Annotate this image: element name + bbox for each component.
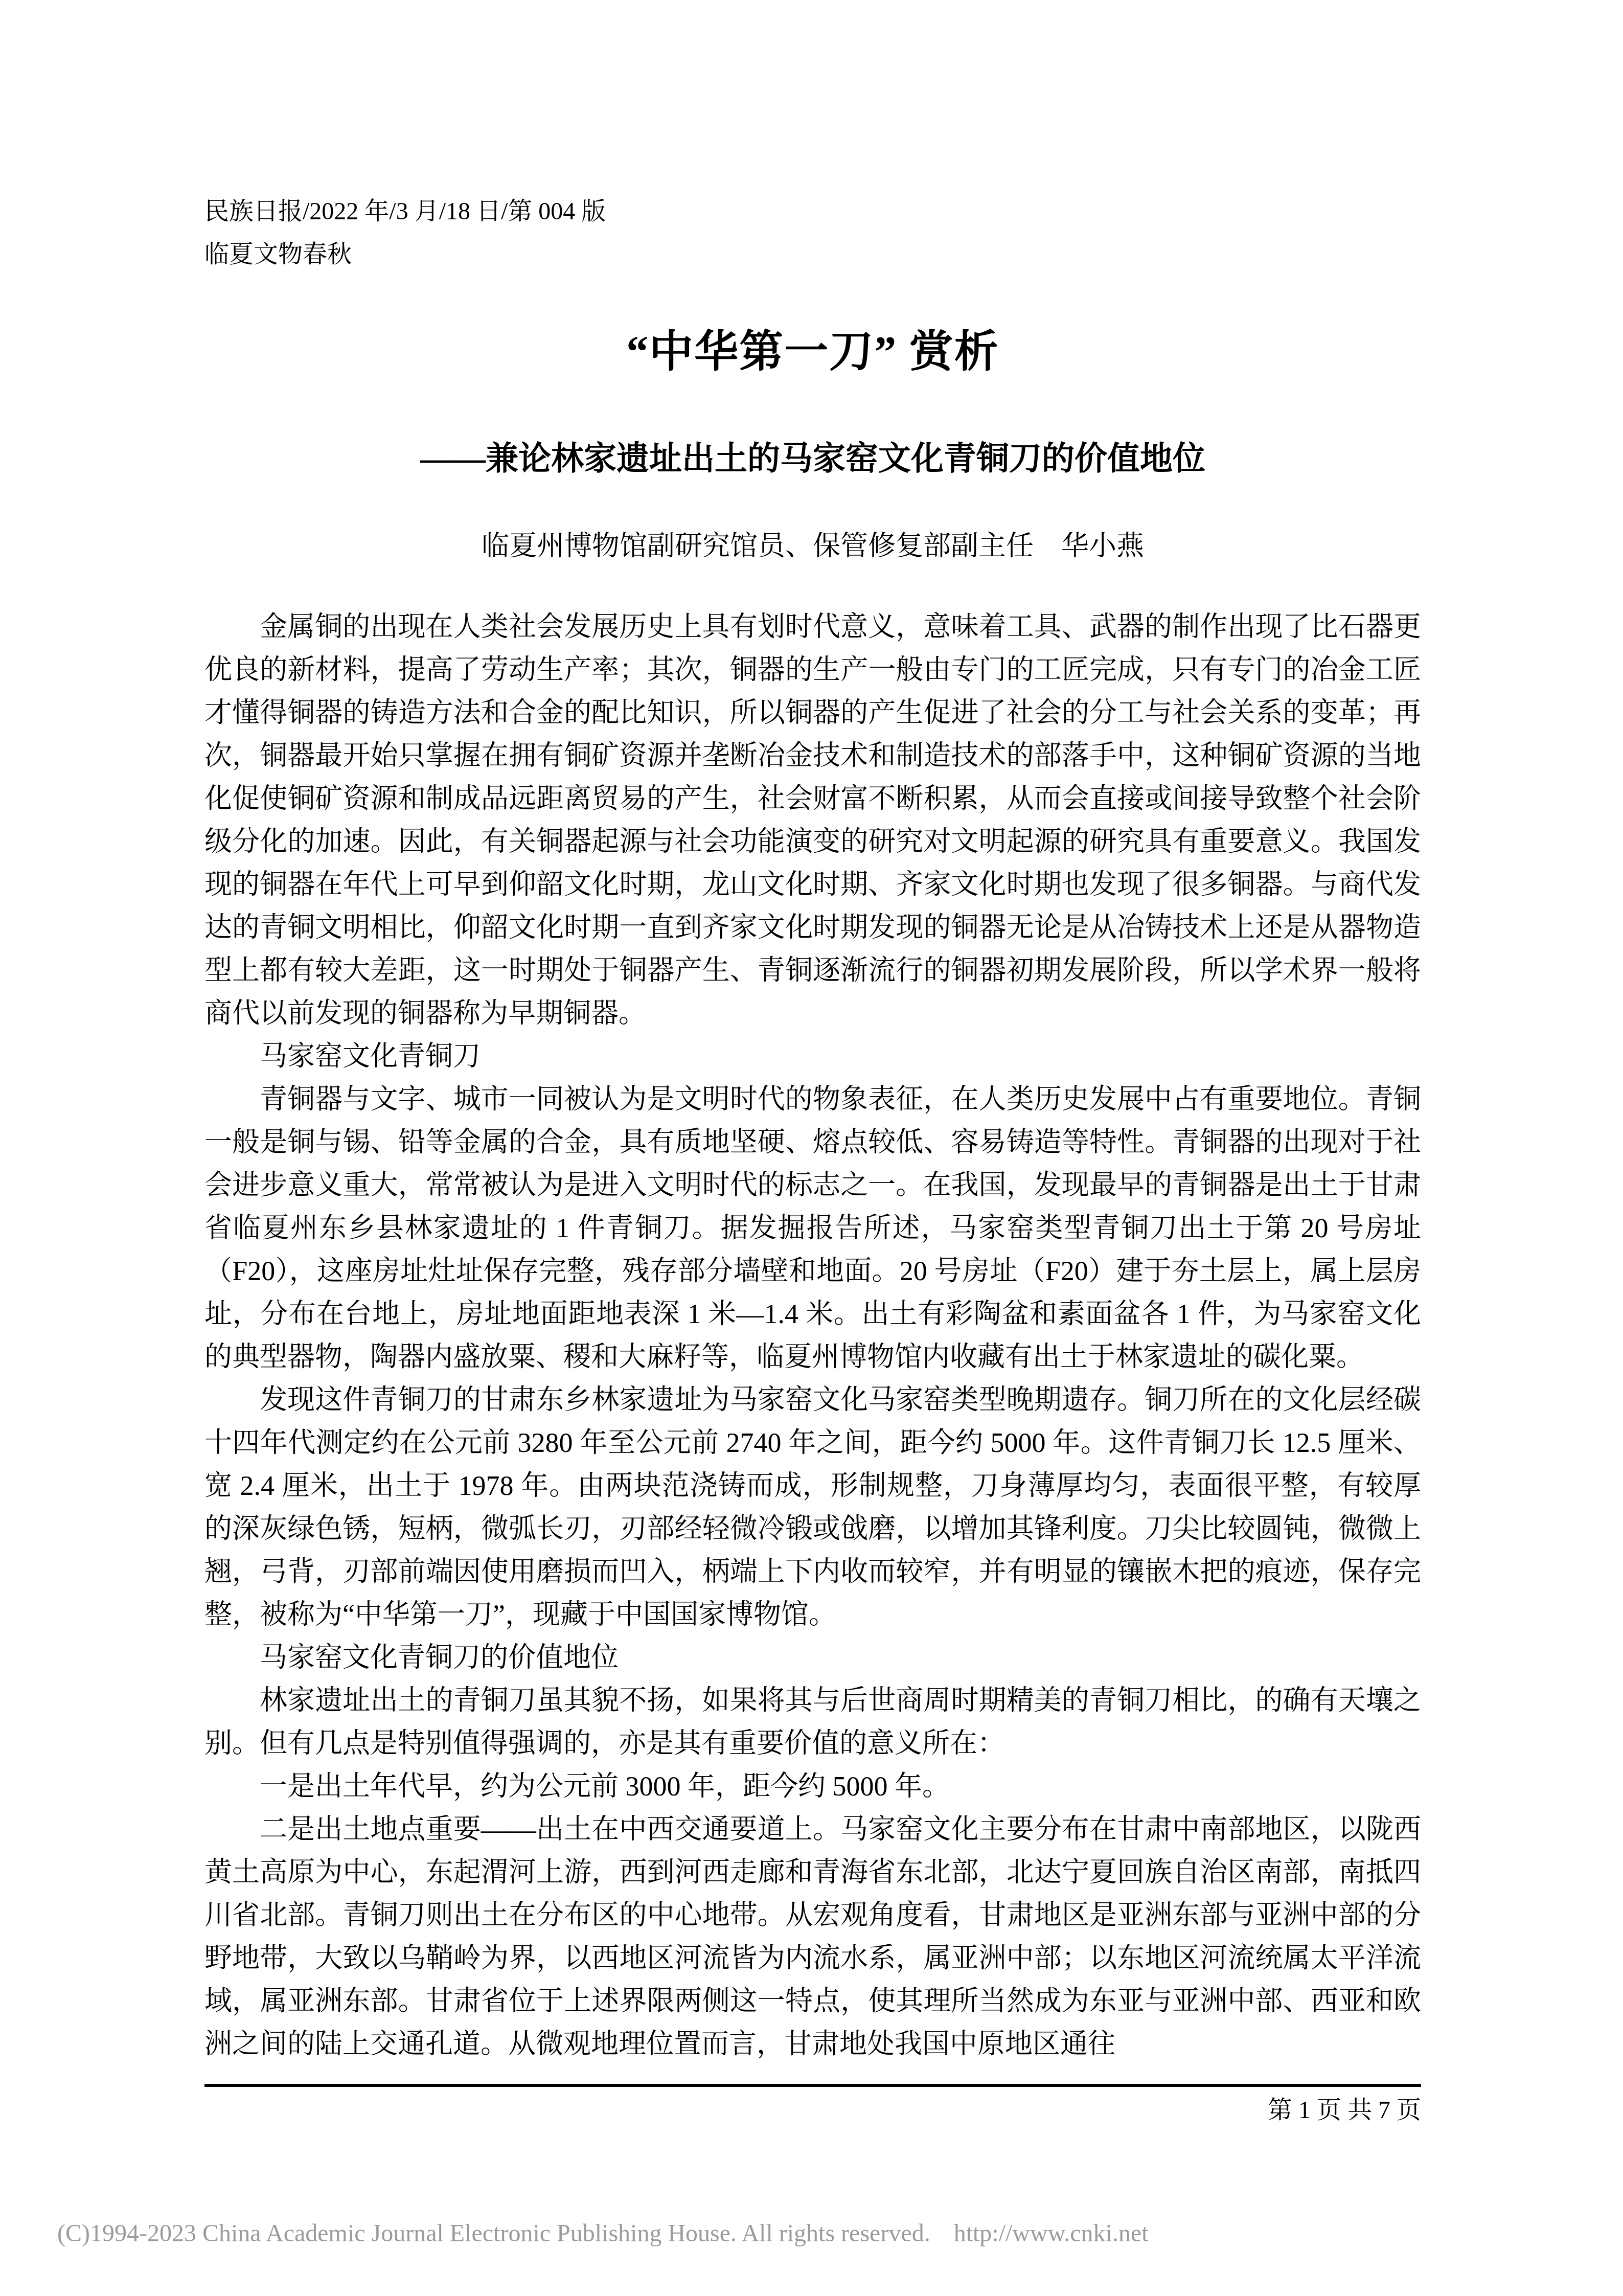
column-name-line: 临夏文物春秋 (204, 233, 1421, 276)
body-paragraph: 一是出土年代早，约为公元前 3000 年，距今约 5000 年。 (204, 1765, 1421, 1808)
page-header: 民族日报/2022 年/3 月/18 日/第 004 版 临夏文物春秋 (204, 0, 1421, 276)
cnki-url: http://www.cnki.net (954, 2220, 1149, 2247)
body-paragraph: 二是出土地点重要——出土在中西交通要道上。马家窑文化主要分布在甘肃中南部地区，以… (204, 1808, 1421, 2065)
section-heading: 马家窑文化青铜刀的价值地位 (204, 1636, 1421, 1679)
section-heading: 马家窑文化青铜刀 (204, 1035, 1421, 1078)
article-subtitle: ——兼论林家遗址出土的马家窑文化青铜刀的价值地位 (204, 438, 1421, 480)
page-number: 第 1 页 共 7 页 (204, 2092, 1421, 2129)
article-title: “中华第一刀” 赏析 (204, 325, 1421, 378)
copyright-text: (C)1994-2023 China Academic Journal Elec… (57, 2220, 930, 2247)
body-paragraph: 发现这件青铜刀的甘肃东乡林家遗址为马家窑文化马家窑类型晚期遗存。铜刀所在的文化层… (204, 1378, 1421, 1636)
footer-divider (204, 2084, 1421, 2087)
article-author: 临夏州博物馆副研究馆员、保管修复部副主任 华小燕 (204, 528, 1421, 564)
body-paragraph: 金属铜的出现在人类社会发展历史上具有划时代意义，意味着工具、武器的制作出现了比石… (204, 605, 1421, 1035)
copyright-bar: (C)1994-2023 China Academic Journal Elec… (57, 2218, 1149, 2249)
source-line: 民族日报/2022 年/3 月/18 日/第 004 版 (204, 190, 1421, 233)
body-paragraph: 青铜器与文字、城市一同被认为是文明时代的物象表征，在人类历史发展中占有重要地位。… (204, 1078, 1421, 1378)
article-body: 金属铜的出现在人类社会发展历史上具有划时代意义，意味着工具、武器的制作出现了比石… (204, 605, 1421, 2065)
body-paragraph: 林家遗址出土的青铜刀虽其貌不扬，如果将其与后世商周时期精美的青铜刀相比，的确有天… (204, 1679, 1421, 1765)
document-page: 民族日报/2022 年/3 月/18 日/第 004 版 临夏文物春秋 “中华第… (204, 0, 1421, 2129)
